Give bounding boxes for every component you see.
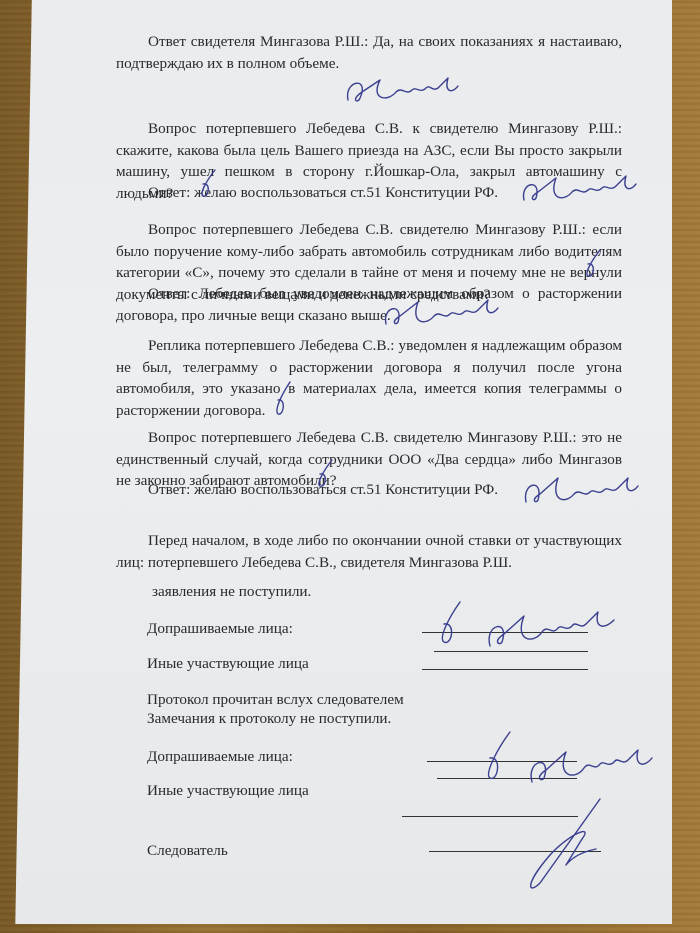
signature-line <box>422 669 588 670</box>
investigator-signature-icon <box>520 795 610 895</box>
signature-line <box>402 816 578 817</box>
signature-line <box>422 632 588 633</box>
signature-line <box>437 778 577 779</box>
answer-paragraph-3: Ответ: желаю воспользоваться ст.51 Конст… <box>116 479 622 501</box>
protocol-document: Ответ свидетеля Мингазова Р.Ш.: Да, на с… <box>0 0 700 933</box>
answer-paragraph-2: Ответ: Лебедев был уведомлен надлежащим … <box>116 283 622 326</box>
investigator-label: Следователь <box>147 842 228 860</box>
protocol-read-line: Протокол прочитан вслух следователем <box>147 691 404 709</box>
other-participants-label: Иные участвующие лица <box>147 782 309 800</box>
participant-signatures-icon <box>430 600 630 650</box>
no-remarks-line: Замечания к протоколу не поступили. <box>147 710 391 728</box>
no-statements-line: заявления не поступили. <box>152 581 658 603</box>
answer-paragraph-1: Ответ: желаю воспользоваться ст.51 Конст… <box>116 182 622 204</box>
interrogated-persons-label: Допрашиваемые лица: <box>147 748 293 766</box>
witness-answer-paragraph: Ответ свидетеля Мингазова Р.Ш.: Да, на с… <box>116 31 622 74</box>
closing-paragraph: Перед началом, в ходе либо по окончании … <box>116 530 622 573</box>
interrogated-persons-label: Допрашиваемые лица: <box>147 620 293 638</box>
signature-line <box>429 851 601 852</box>
witness-signature-icon <box>340 70 480 110</box>
signature-line <box>434 651 588 652</box>
remark-paragraph: Реплика потерпевшего Лебедева С.В.: увед… <box>116 335 622 421</box>
signature-line <box>427 761 577 762</box>
other-participants-label: Иные участвующие лица <box>147 655 309 673</box>
